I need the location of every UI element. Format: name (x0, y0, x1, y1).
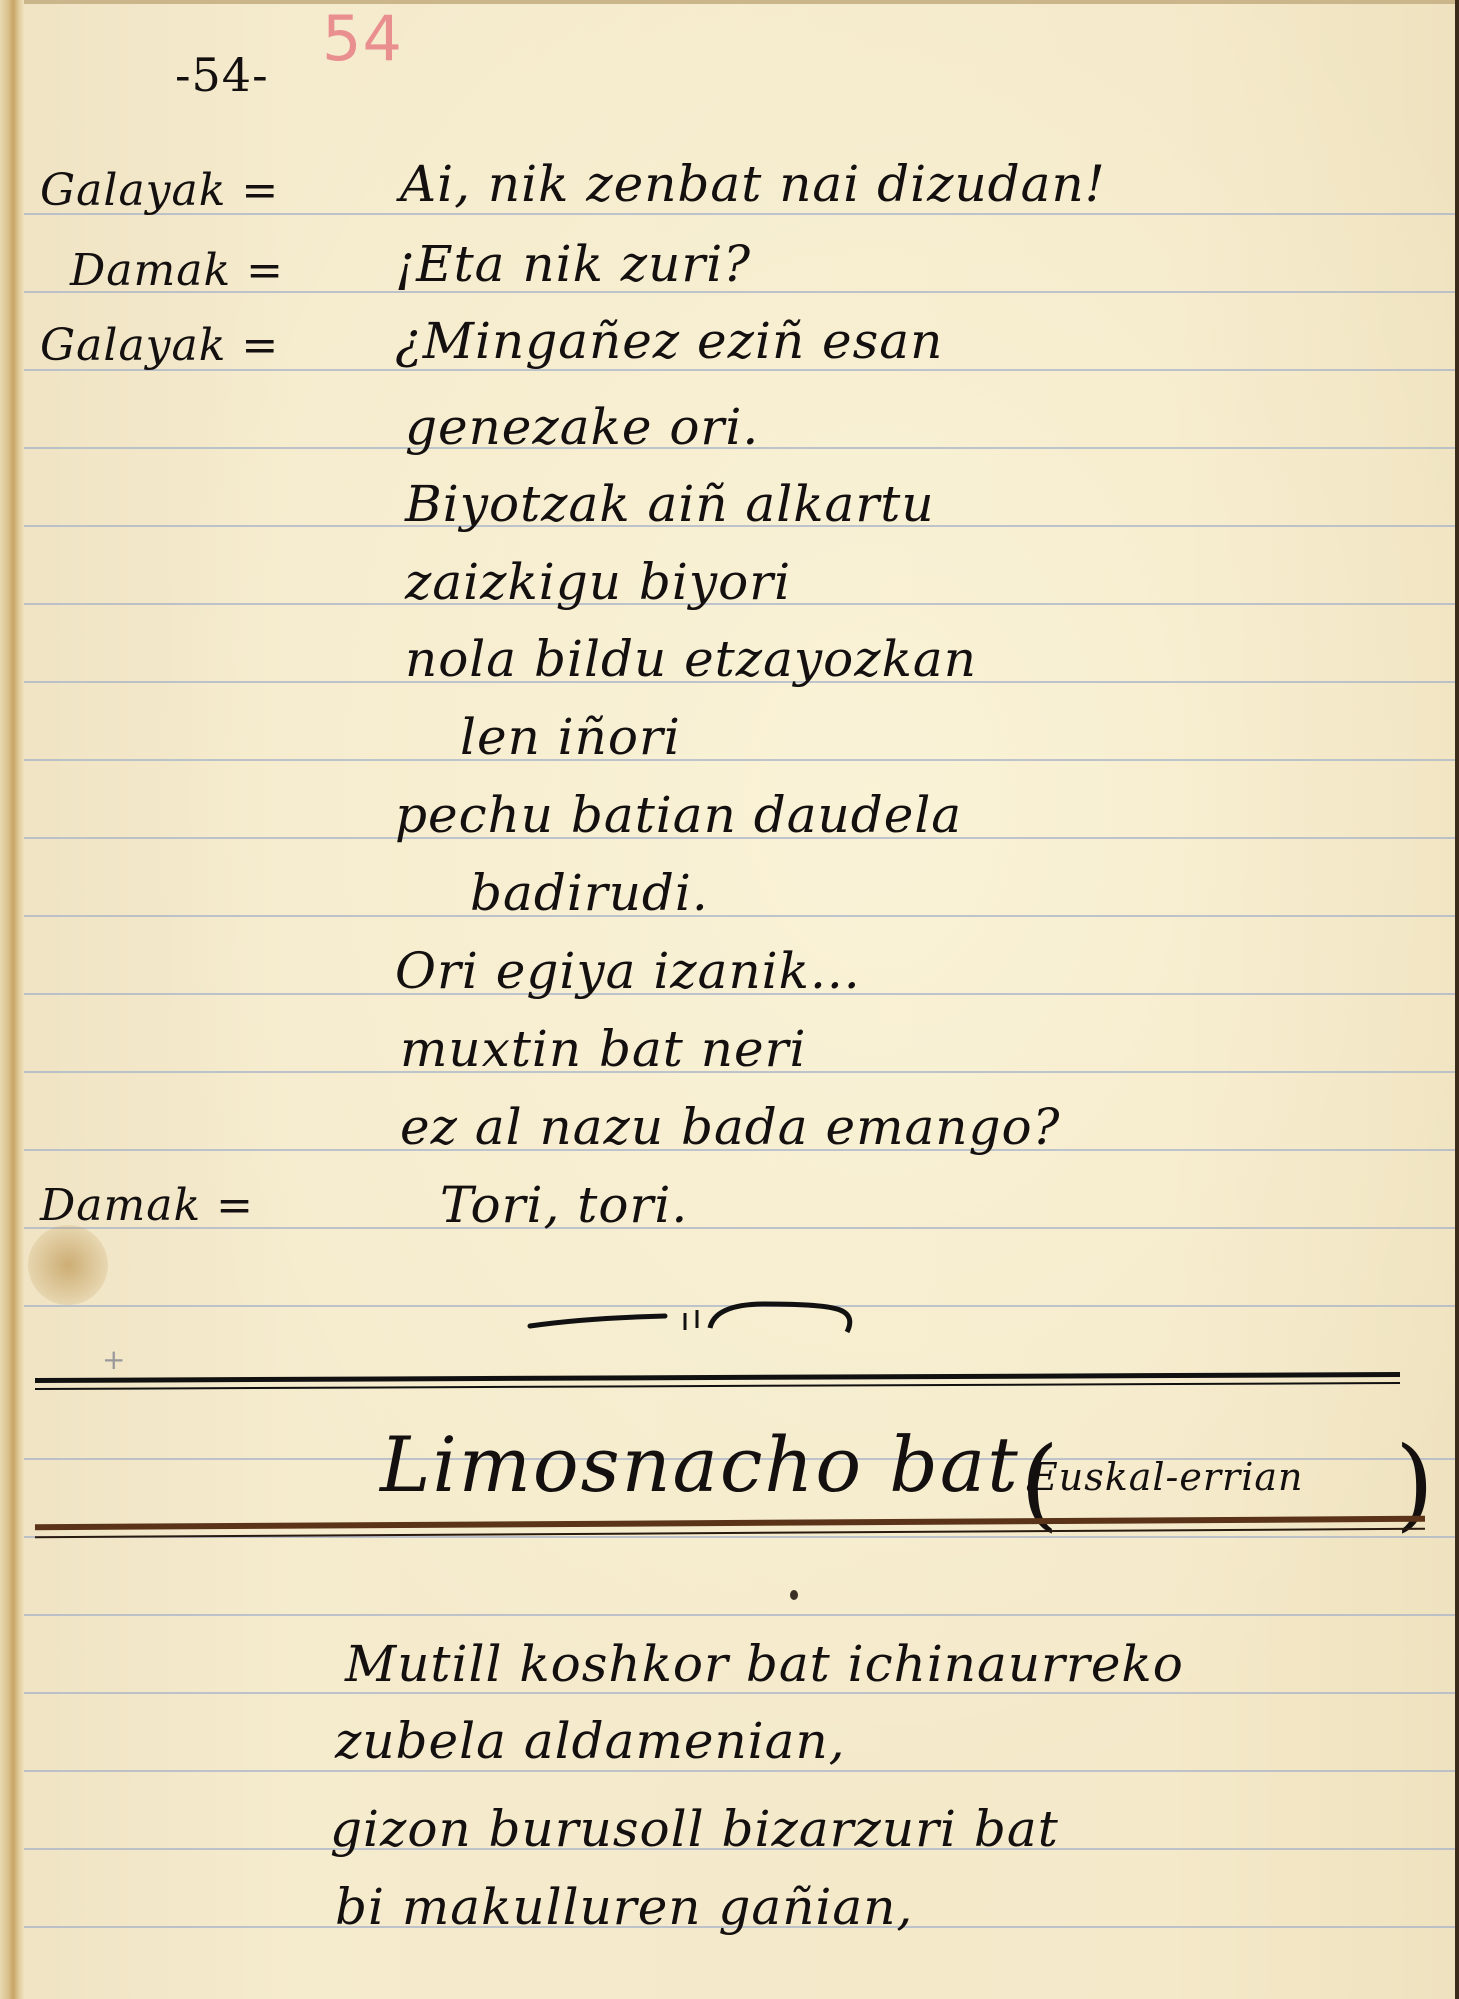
dialogue-line: ¡Eta nik zuri? (395, 235, 751, 293)
page-right-edge (1455, 0, 1459, 1999)
section-title: Limosnacho bat. (380, 1420, 1046, 1509)
section-divider-thin (35, 1382, 1400, 1390)
page-number: -54- (175, 48, 269, 102)
close-paren: ) (1395, 1425, 1435, 1542)
dialogue-line: Biyotzak aiñ alkartu (405, 475, 935, 533)
poem-line: Mutill koshkor bat ichinaurreko (345, 1635, 1184, 1693)
dialogue-line: badirudi. (470, 864, 709, 922)
poem-line: gizon burusoll bizarzuri bat (330, 1800, 1059, 1858)
ruled-line (24, 915, 1455, 917)
speaker-label: Damak = (40, 1180, 254, 1231)
dialogue-line: Ori egiya izanik... (395, 942, 861, 1000)
pencil-page-number: 54 (322, 2, 403, 75)
dialogue-line: Ai, nik zenbat nai dizudan! (400, 155, 1106, 213)
page-top-edge (0, 0, 1459, 4)
manuscript-page: -54- 54 Galayak = Ai, nik zenbat nai diz… (0, 0, 1459, 1999)
dialogue-line: ez al nazu bada emango? (400, 1098, 1060, 1156)
ruled-line (24, 759, 1455, 761)
flourish-divider (525, 1298, 855, 1338)
section-subtitle: Euskal-errian (1030, 1455, 1304, 1499)
dialogue-line: nola bildu etzayozkan (405, 630, 977, 688)
pencil-cross-mark: + (102, 1343, 125, 1376)
speaker-label: Galayak = (40, 320, 279, 371)
speaker-label: Galayak = (40, 165, 279, 216)
dialogue-line: ¿Mingañez eziñ esan (395, 312, 943, 370)
poem-line: bi makulluren gañian, (335, 1878, 913, 1936)
ruled-line (24, 1770, 1455, 1772)
ink-dot (790, 1590, 798, 1600)
dialogue-line: pechu batian daudela (395, 786, 962, 844)
poem-line: zubela aldamenian, (335, 1712, 846, 1770)
ruled-line (24, 1614, 1455, 1616)
dialogue-line: len iñori (460, 708, 681, 766)
dialogue-line: zaizkigu biyori (405, 553, 791, 611)
dialogue-line: Tori, tori. (440, 1176, 688, 1234)
ink-stain (28, 1225, 108, 1305)
dialogue-line: genezake ori. (405, 398, 759, 456)
dialogue-line: muxtin bat neri (400, 1020, 806, 1078)
speaker-label: Damak = (70, 245, 284, 296)
section-divider-thick (35, 1372, 1400, 1383)
binding-edge (0, 0, 24, 1999)
